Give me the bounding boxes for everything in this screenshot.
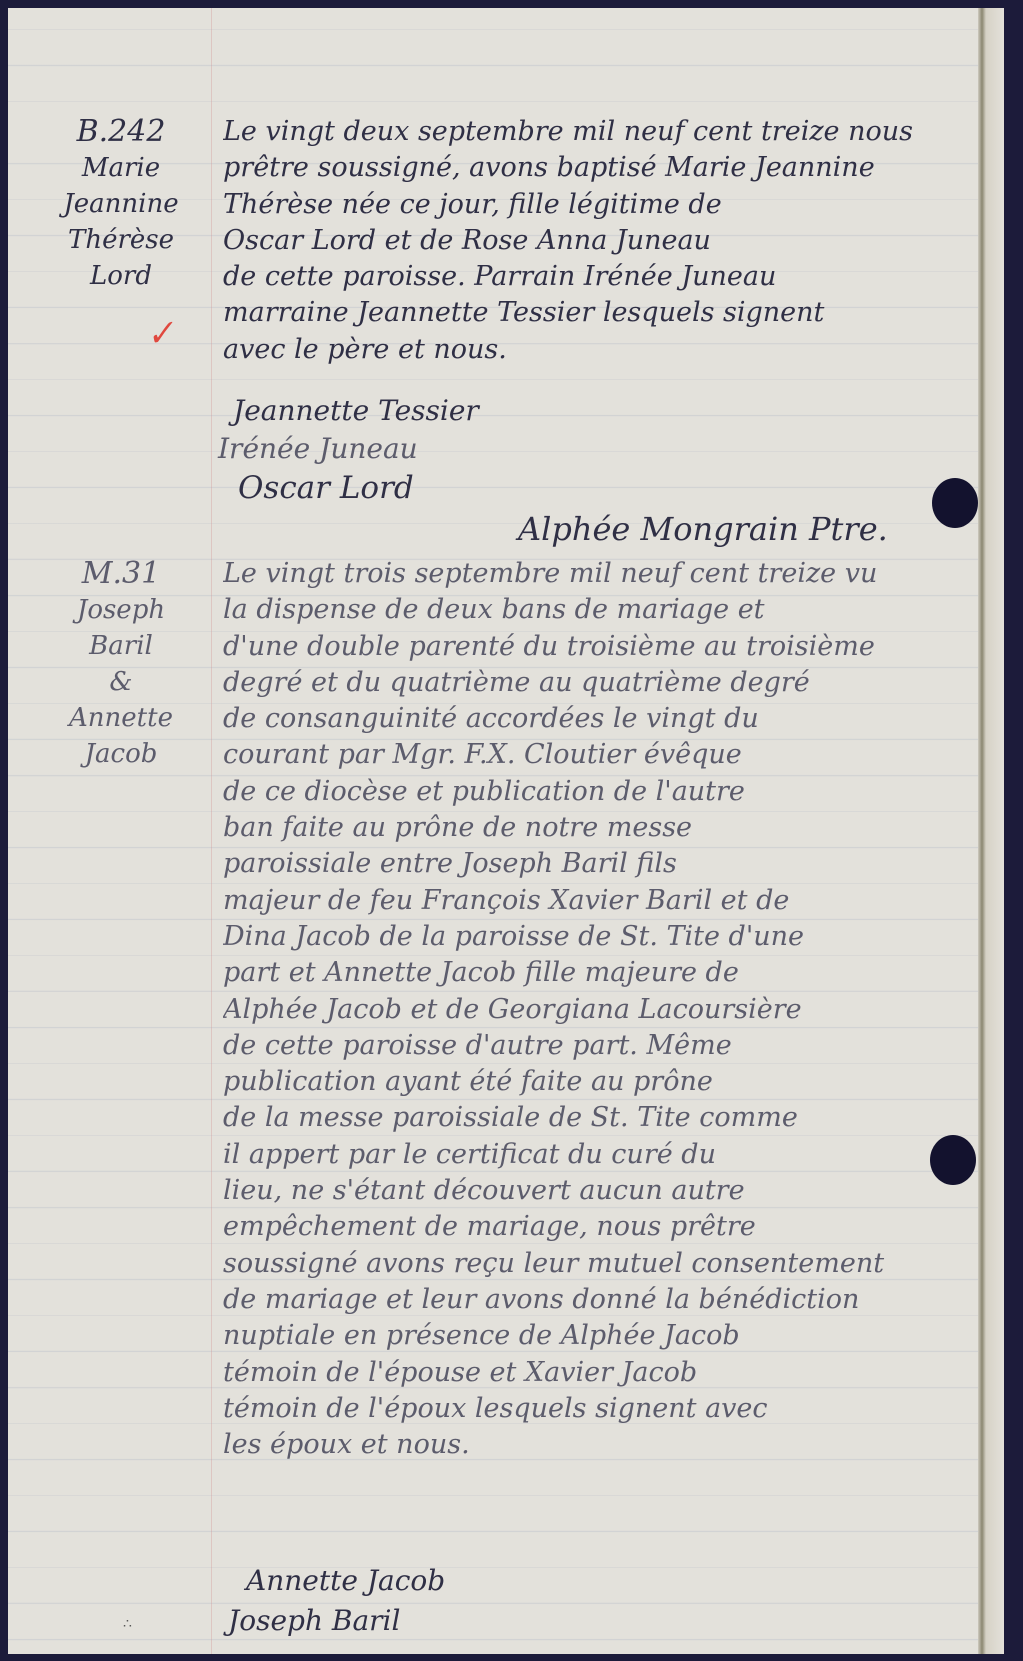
text-line: majeur de feu François Xavier Baril et d… [223, 883, 993, 919]
text-line: les époux et nous. [223, 1427, 993, 1463]
signature-godmother: Jeannette Tessier [233, 394, 479, 427]
text-line: paroissiale entre Joseph Baril fils [223, 846, 993, 882]
text-line: marraine Jeannette Tessier lesquels sign… [223, 295, 993, 331]
text-line: de mariage et leur avons donné la bénédi… [223, 1282, 993, 1318]
signature-godfather: Irénée Juneau [218, 432, 418, 465]
text-line: la dispense de deux bans de mariage et [223, 592, 993, 628]
entry-number: M.31 [36, 556, 206, 592]
text-line: de consanguinité accordées le vingt du [223, 701, 993, 737]
punch-hole-top [932, 478, 978, 528]
text-line: empêchement de mariage, nous prêtre [223, 1209, 993, 1245]
marriage-entry-text: Le vingt trois septembre mil neuf cent t… [223, 556, 993, 1463]
check-mark-icon: ✓ [143, 312, 177, 356]
margin-note-marriage: M.31 Joseph Baril & Annette Jacob [36, 556, 206, 772]
text-line: Alphée Jacob et de Georgiana Lacoursière [223, 992, 993, 1028]
text-line: d'une double parenté du troisième au tro… [223, 629, 993, 665]
text-line: de ce diocèse et publication de l'autre [223, 774, 993, 810]
signature-priest: Alphée Mongrain Ptre. [518, 510, 888, 548]
text-line: témoin de l'épouse et Xavier Jacob [223, 1355, 993, 1391]
text-line: courant par Mgr. F.X. Cloutier évêque [223, 737, 993, 773]
signature-bride: Annette Jacob [246, 1564, 445, 1597]
margin-note-baptism: B.242 Marie Jeannine Thérèse Lord [36, 114, 206, 294]
text-line: degré et du quatrième au quatrième degré [223, 665, 993, 701]
ink-speck: ∴ [123, 1616, 132, 1632]
text-line: Oscar Lord et de Rose Anna Juneau [223, 223, 993, 259]
text-line: soussigné avons reçu leur mutuel consent… [223, 1246, 993, 1282]
text-line: témoin de l'époux lesquels signent avec [223, 1391, 993, 1427]
text-line: il appert par le certificat du curé du [223, 1137, 993, 1173]
text-line: ban faite au prône de notre messe [223, 810, 993, 846]
text-line: de cette paroisse d'autre part. Même [223, 1028, 993, 1064]
baptism-entry-text: Le vingt deux septembre mil neuf cent tr… [223, 114, 993, 368]
text-line: Le vingt deux septembre mil neuf cent tr… [223, 114, 993, 150]
register-page: B.242 Marie Jeannine Thérèse Lord ✓ Le v… [8, 8, 1004, 1654]
signature-groom: Joseph Baril [228, 1604, 400, 1637]
text-line: Le vingt trois septembre mil neuf cent t… [223, 556, 993, 592]
text-line: lieu, ne s'étant découvert aucun autre [223, 1173, 993, 1209]
text-line: de la messe paroissiale de St. Tite comm… [223, 1100, 993, 1136]
margin-rule [211, 8, 212, 1654]
text-line: publication ayant été faite au prône [223, 1064, 993, 1100]
text-line: nuptiale en présence de Alphée Jacob [223, 1318, 993, 1354]
text-line: Thérèse née ce jour, fille légitime de [223, 187, 993, 223]
signature-father: Oscar Lord [238, 470, 414, 506]
entry-number: B.242 [36, 114, 206, 150]
text-line: avec le père et nous. [223, 332, 993, 368]
text-line: part et Annette Jacob fille majeure de [223, 955, 993, 991]
text-line: Dina Jacob de la paroisse de St. Tite d'… [223, 919, 993, 955]
text-line: de cette paroisse. Parrain Irénée Juneau [223, 259, 993, 295]
text-line: prêtre soussigné, avons baptisé Marie Je… [223, 150, 993, 186]
